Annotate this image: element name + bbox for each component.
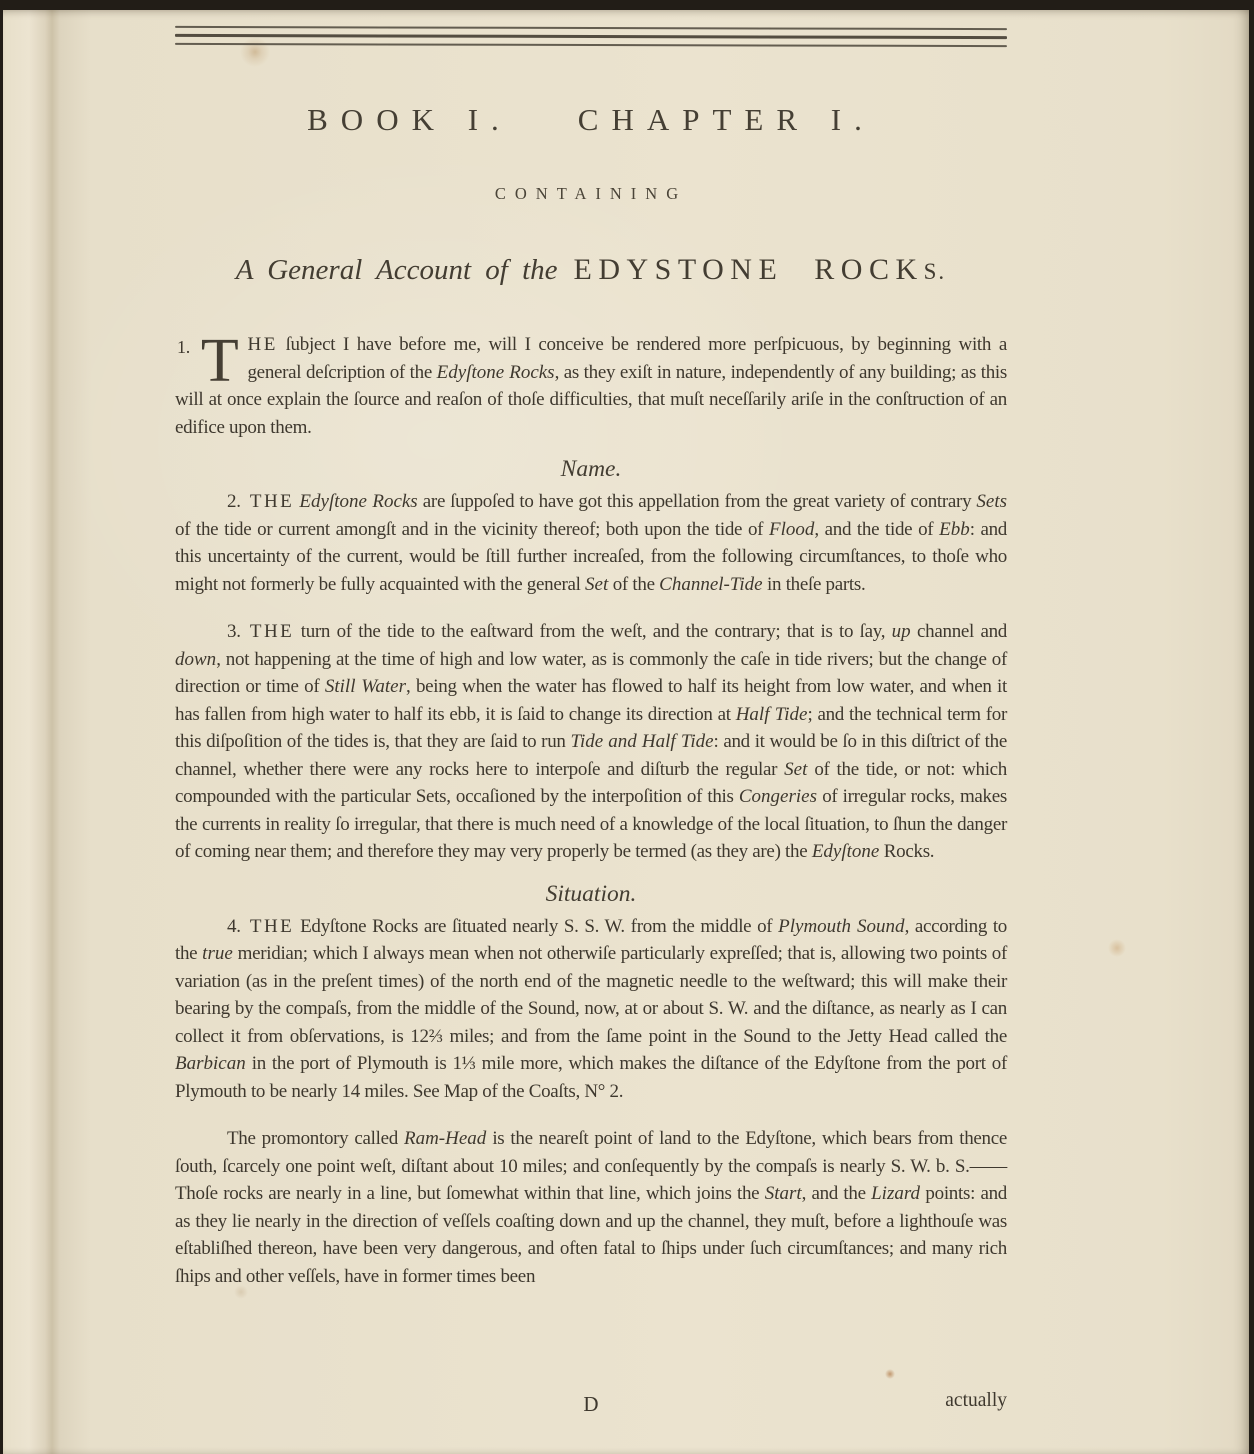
- section-heading: Name.: [175, 456, 1007, 483]
- chapter-heading: BOOK I. CHAPTER I.: [175, 102, 1007, 138]
- subtitle-caps-main: EDYSTONE ROCK: [574, 253, 924, 286]
- subtitle-caps-end: S.: [924, 259, 947, 284]
- catchword: actually: [945, 1390, 1007, 1412]
- opening-paragraph-text: HE ſubject I have before me, will I conc…: [175, 334, 1007, 438]
- containing-label: CONTAINING: [175, 184, 1007, 204]
- subtitle-italic-part: A General Account of the: [236, 254, 558, 287]
- rule-line-thin: [175, 43, 1007, 47]
- chapter-subtitle: A General Account of the EDYSTONE ROCKS.: [175, 253, 1007, 287]
- subtitle-caps-part: EDYSTONE ROCKS.: [574, 253, 947, 287]
- paragraph-number: 1.: [177, 334, 190, 362]
- head-rule-block: [175, 26, 1007, 47]
- rule-line-thick: [175, 34, 1007, 39]
- book-page: BOOK I. CHAPTER I. CONTAINING A General …: [3, 10, 1249, 1454]
- dropcap-letter: T: [201, 336, 239, 386]
- rule-line-thin: [175, 26, 1007, 30]
- section-heading: Situation.: [175, 881, 1007, 908]
- book-number: BOOK I.: [307, 102, 512, 138]
- body-blocks: Name.2. THE Edyſtone Rocks are ſuppoſed …: [175, 456, 1007, 1290]
- body-paragraph: 4. THE Edyſtone Rocks are ſituated nearl…: [175, 913, 1007, 1106]
- scan-background: { "colors": { "paper": "#e9e1cd", "ink":…: [0, 0, 1254, 1454]
- text-column: BOOK I. CHAPTER I. CONTAINING A General …: [175, 10, 1007, 1290]
- opening-paragraph: 1. T HE ſubject I have before me, will I…: [175, 331, 1007, 441]
- body-paragraph: 3. THE turn of the tide to the eaſtward …: [175, 618, 1007, 866]
- body-paragraph: 2. THE Edyſtone Rocks are ſuppoſed to ha…: [175, 488, 1007, 598]
- chapter-number: CHAPTER I.: [578, 102, 875, 138]
- body-paragraph: The promontory called Ram-Head is the ne…: [175, 1125, 1007, 1290]
- signature-mark: D: [175, 1392, 1007, 1417]
